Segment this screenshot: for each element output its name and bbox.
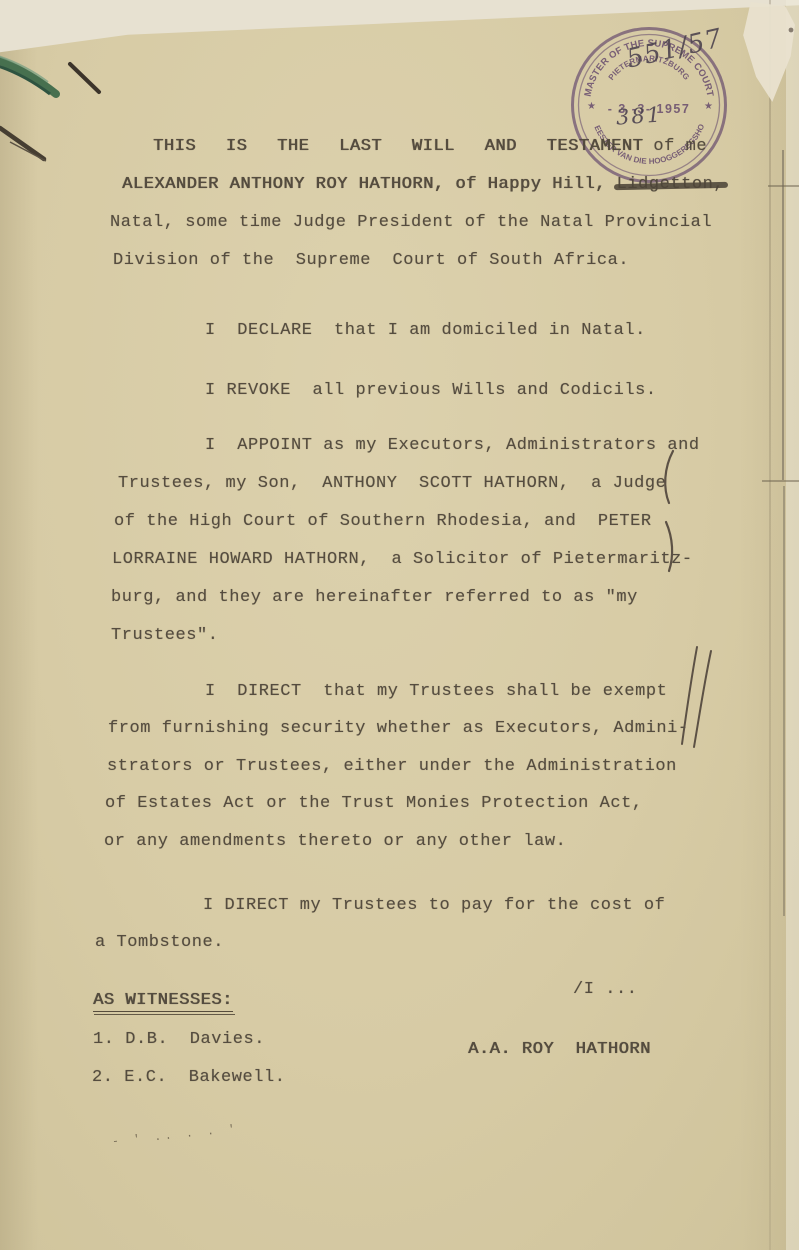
pen-mark-slash [694,651,711,747]
scanned-will-page: MASTER OF THE SUPREME COURT PIETERMARITZ… [0,0,799,1250]
pen-mark-slash [682,647,697,744]
margin-pen-marks [0,0,799,1250]
pen-mark-bar [666,522,672,571]
pen-mark-paren [665,451,673,503]
